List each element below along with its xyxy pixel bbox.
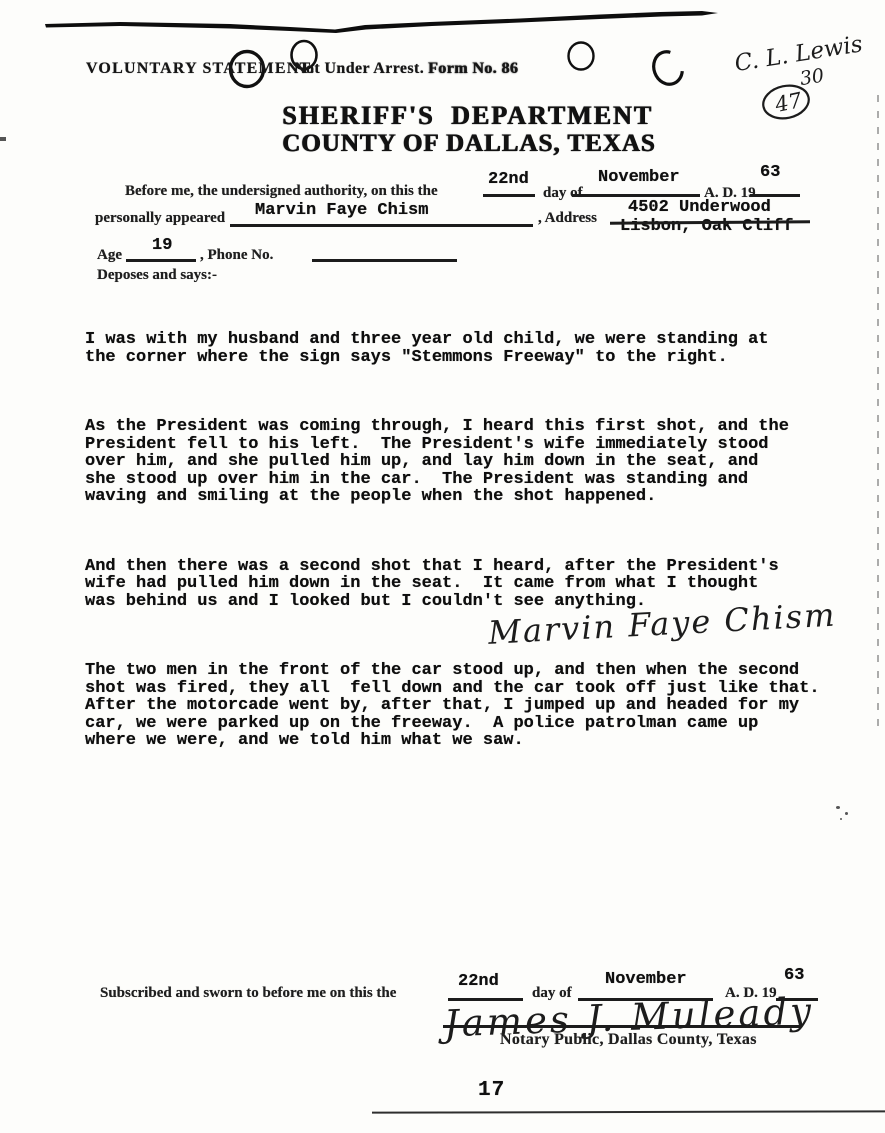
scanned-document-page: VOLUNTARY STATEMENT. Not Under Arrest. F… [0,0,885,1133]
day-fill-line [483,194,535,197]
page-number: 17 [478,1079,505,1102]
right-edge-scan-artifact [877,95,879,735]
sworn-label: Subscribed and sworn to before me on thi… [100,985,396,1002]
form-header-not-under-arrest: Not Under Arrest. [294,60,424,78]
hole-punch-icon [649,48,687,89]
form-header-voluntary-statement: VOLUNTARY STATEMENT. [86,60,315,78]
witness-signature: Marvin Faye Chism [478,594,798,658]
personally-appeared-label: personally appeared [95,210,225,227]
before-me-label: Before me, the undersigned authority, on… [125,183,438,200]
bottom-scan-line [372,1110,885,1113]
notary-title-label: Notary Public, Dallas County, Texas [500,1031,757,1049]
year-fill-line [750,194,800,197]
month-fill-line [572,194,700,197]
age-label: Age [97,247,122,264]
phone-label: , Phone No. [200,247,273,264]
statement-paragraph: The two men in the front of the car stoo… [85,662,885,750]
document-title-line1: SHERIFF'S DEPARTMENT [282,101,632,131]
age-value: 19 [152,236,172,255]
witness-signature-text: Marvin Faye Chism [486,596,837,652]
hole-punch-icon [569,43,594,70]
age-fill-line [126,259,196,262]
phone-fill-line [312,259,457,262]
deposes-label: Deposes and says:- [97,267,217,284]
ink-speck [845,812,848,815]
name-fill-line [230,224,533,227]
address-label: , Address [538,210,597,227]
notary-year-value: 63 [784,966,804,985]
circled-number-annotation: 47 [756,82,820,126]
year-value: 63 [760,163,780,182]
statement-paragraph: As the President was coming through, I h… [85,418,885,506]
ink-speck [840,818,842,820]
document-title-line2: COUNTY OF DALLAS, TEXAS [282,130,632,158]
statement-paragraph: I was with my husband and three year old… [85,331,885,366]
ink-speck [836,806,840,809]
witness-name-value: Marvin Faye Chism [255,201,428,220]
month-value: November [598,168,680,187]
ink-speck [0,137,6,141]
statement-body: I was with my husband and three year old… [85,296,885,802]
address-line1-value: 4502 Underwood [628,198,771,217]
form-header-form-no: Form No. 86 [428,60,518,78]
day-value: 22nd [488,170,529,189]
